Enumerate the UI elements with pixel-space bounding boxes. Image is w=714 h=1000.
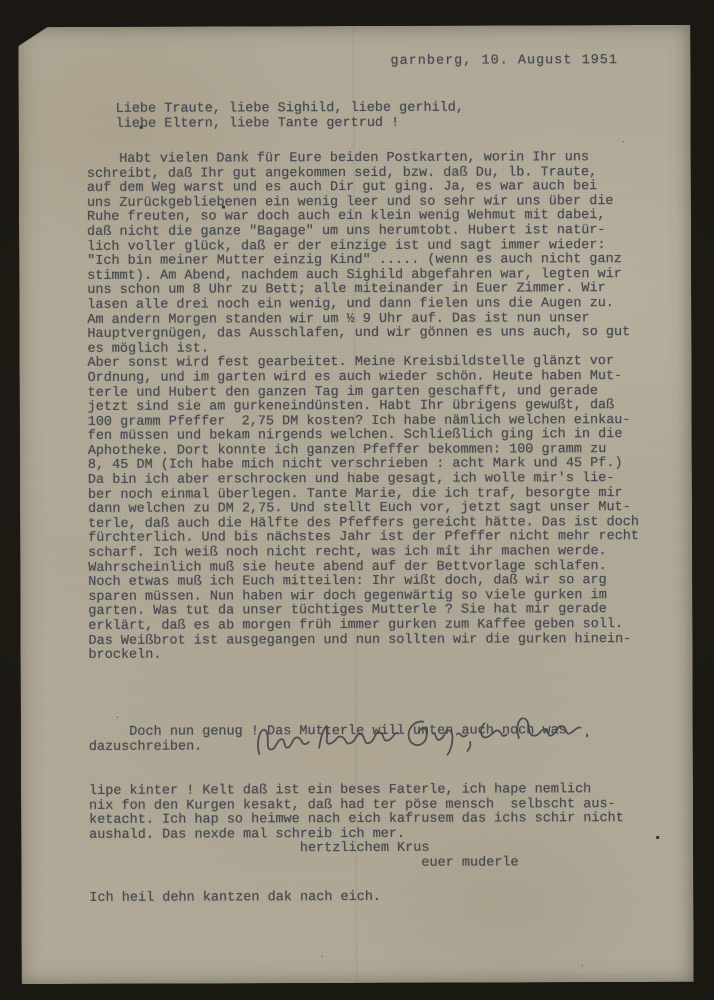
scanned-letter-background: garnberg, 10. August 1951 Liebe Traute, … [0, 0, 714, 1000]
dust-specks [18, 27, 19, 28]
letter-paper: garnberg, 10. August 1951 Liebe Traute, … [18, 25, 693, 984]
letter-postscript: lipe kinter ! Kelt daß ist ein beses Fat… [89, 783, 624, 872]
handwritten-note [249, 705, 594, 768]
letter-final-line: Ich heil dehn kantzen dak nach eich. [89, 891, 381, 907]
dateline: garnberg, 10. August 1951 [390, 54, 618, 69]
letter-body: Habt vielen Dank für Eure beiden Postkar… [87, 151, 640, 664]
salutation: Liebe Traute, liebe Sighild, liebe gerhi… [116, 102, 464, 132]
